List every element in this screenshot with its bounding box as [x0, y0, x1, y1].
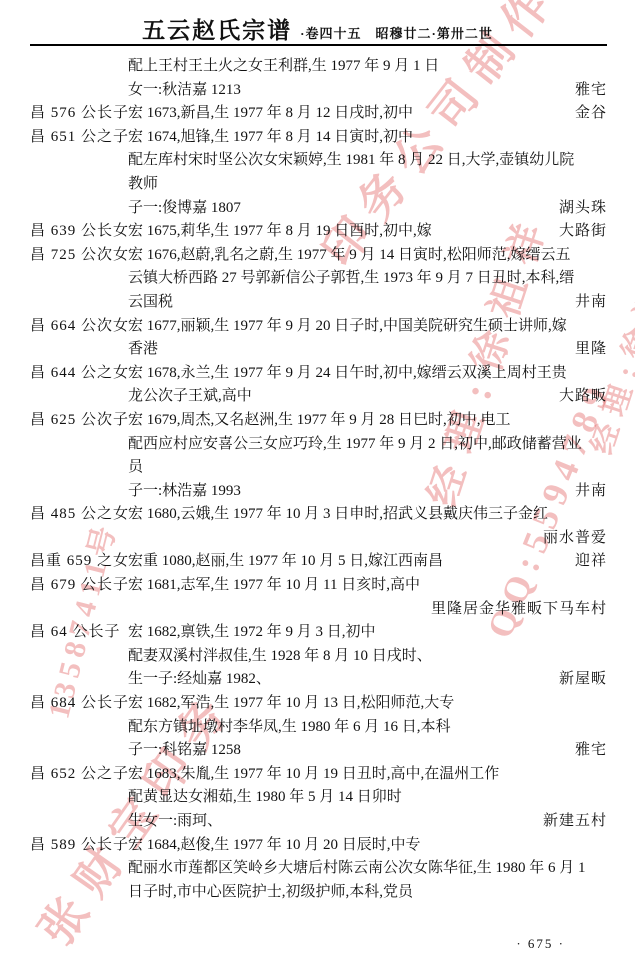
- entry-place: 里隆: [575, 338, 607, 362]
- entry-row: 里隆居金华雅畈下马车村: [30, 598, 607, 622]
- entry-row: 香港里隆: [30, 338, 607, 362]
- entry-row: 昌 664 公次女宏 1677,丽颖,生 1977 年 9 月 20 日子时,中…: [30, 315, 607, 339]
- entry-text: 配西应村应安喜公三女应巧玲,生 1977 年 9 月 2 日,初中,邮政储蓄营业: [128, 433, 582, 457]
- entry-text: 宏 1678,永兰,生 1977 年 9 月 24 日午时,初中,嫁缙云双溪上周…: [128, 362, 567, 386]
- entry-label: 昌重 659 之女: [30, 550, 129, 574]
- entry-text: 配丽水市莲都区笑岭乡大塘后村陈云南公次女陈华征,生 1980 年 6 月 1: [128, 857, 586, 881]
- entry-place: 井南: [575, 480, 607, 504]
- entry-row: 昌 625 公次子宏 1679,周杰,又名赵洲,生 1977 年 9 月 28 …: [30, 409, 607, 433]
- entry-label: 昌 576 公长子: [30, 102, 129, 126]
- entry-place: 雅宅: [575, 739, 607, 763]
- entry-place: 迎祥: [575, 550, 607, 574]
- entry-label: 昌 679 公长子: [30, 574, 129, 598]
- entry-place: 新建五村: [543, 810, 607, 834]
- entry-label: 昌 625 公次子: [30, 409, 129, 433]
- entry-row: 生女一:雨珂、新建五村: [30, 810, 607, 834]
- entry-text: 宏 1682,禀铁,生 1972 年 9 月 3 日,初中: [128, 621, 376, 645]
- entry-text: 宏 1683,朱胤,生 1977 年 10 月 19 日丑时,高中,在温州工作: [128, 763, 499, 787]
- entry-label: 昌 664 公次女: [30, 315, 129, 339]
- entry-label: 昌 64 公长子: [30, 621, 121, 645]
- entry-text: 子一:科铭嘉 1258: [128, 739, 241, 763]
- entry-row: 配西应村应安喜公三女应巧玲,生 1977 年 9 月 2 日,初中,邮政储蓄营业: [30, 433, 607, 457]
- entry-row: 昌 639 公长女宏 1675,莉华,生 1977 年 8 月 19 日酉时,初…: [30, 220, 607, 244]
- entry-text: 宏 1673,新昌,生 1977 年 8 月 12 日戌时,初中: [128, 102, 413, 126]
- entry-label: 昌 644 公之女: [30, 362, 129, 386]
- entry-place: 丽水普爱: [543, 527, 607, 551]
- entry-place: 井南: [575, 291, 607, 315]
- entry-text: 女一:秋洁嘉 1213: [128, 79, 241, 103]
- entry-text: 宏 1679,周杰,又名赵洲,生 1977 年 9 月 28 日巳时,初中,电工: [128, 409, 511, 433]
- entry-row: 配丽水市莲都区笑岭乡大塘后村陈云南公次女陈华征,生 1980 年 6 月 1: [30, 857, 607, 881]
- entry-label: 昌 639 公长女: [30, 220, 129, 244]
- entry-text: 龙公次子王斌,高中: [128, 385, 252, 409]
- entry-row: 昌 64 公长子宏 1682,禀铁,生 1972 年 9 月 3 日,初中: [30, 621, 607, 645]
- entry-text: 教师: [128, 173, 158, 197]
- entry-row: 配左库村宋时坚公次女宋颖婷,生 1981 年 8 月 22 日,大学,壶镇幼儿院: [30, 149, 607, 173]
- entry-place: 大路畈: [559, 385, 607, 409]
- entry-text: 配东方镇址墩村李华凤,生 1980 年 6 月 16 日,本科: [128, 716, 451, 740]
- entry-text: 云国税: [128, 291, 173, 315]
- entry-row: 日子时,市中心医院护士,初级护师,本科,党员: [30, 881, 607, 905]
- entry-row: 昌 644 公之女宏 1678,永兰,生 1977 年 9 月 24 日午时,初…: [30, 362, 607, 386]
- entry-row: 昌 651 公之子宏 1674,旭锋,生 1977 年 8 月 14 日寅时,初…: [30, 126, 607, 150]
- entry-row: 昌 652 公之子宏 1683,朱胤,生 1977 年 10 月 19 日丑时,…: [30, 763, 607, 787]
- entry-text: 宏 1682,军浩,生 1977 年 10 月 13 日,松阳师范,大专: [128, 692, 454, 716]
- entry-row: 昌 485 公之女宏 1680,云娥,生 1977 年 10 月 3 日申时,招…: [30, 503, 607, 527]
- entry-text: 宏 1676,赵蔚,乳名之蔚,生 1977 年 9 月 14 日寅时,松阳师范,…: [128, 244, 571, 268]
- entry-row: 昌 725 公次女宏 1676,赵蔚,乳名之蔚,生 1977 年 9 月 14 …: [30, 244, 607, 268]
- entry-row: 昌 589 公长子宏 1684,赵俊,生 1977 年 10 月 20 日辰时,…: [30, 834, 607, 858]
- entry-text: 生女一:雨珂、: [128, 810, 222, 834]
- entry-place: 新屋畈: [559, 668, 607, 692]
- entry-label: 昌 651 公之子: [30, 126, 129, 150]
- entry-text: 日子时,市中心医院护士,初级护师,本科,党员: [128, 881, 413, 905]
- entry-label: 昌 485 公之女: [30, 503, 129, 527]
- entry-row: 子一:科铭嘉 1258雅宅: [30, 739, 607, 763]
- entry-text: 宏 1680,云娥,生 1977 年 10 月 3 日申时,招武义县戴庆伟三子金…: [128, 503, 548, 527]
- entry-text: 宏 1681,志军,生 1977 年 10 月 11 日亥时,高中: [128, 574, 420, 598]
- genealogy-page: 印务公司制作 经理:徐祖祥 QQ:5594789 张财宝印务 13587411号…: [0, 0, 635, 968]
- entry-text: 云镇大桥西路 27 号郭新信公子郭哲,生 1973 年 9 月 7 日丑时,本科…: [128, 267, 574, 291]
- entry-row: 丽水普爱: [30, 527, 607, 551]
- entry-row: 云镇大桥西路 27 号郭新信公子郭哲,生 1973 年 9 月 7 日丑时,本科…: [30, 267, 607, 291]
- entry-row: 配东方镇址墩村李华凤,生 1980 年 6 月 16 日,本科: [30, 716, 607, 740]
- entry-text: 配妻双溪村泮叔佳,生 1928 年 8 月 10 日戌时、: [128, 645, 432, 669]
- entry-row: 员: [30, 456, 607, 480]
- entry-row: 昌 679 公长子宏 1681,志军,生 1977 年 10 月 11 日亥时,…: [30, 574, 607, 598]
- entry-label: 昌 684 公长子: [30, 692, 129, 716]
- entry-text: 宏 1677,丽颖,生 1977 年 9 月 20 日子时,中国美院研究生硕士讲…: [128, 315, 567, 339]
- entry-label: 昌 589 公长子: [30, 834, 129, 858]
- entry-place: 金谷: [575, 102, 607, 126]
- entry-row: 昌 576 公长子宏 1673,新昌,生 1977 年 8 月 12 日戌时,初…: [30, 102, 607, 126]
- entry-row: 子一:俊博嘉 1807湖头珠: [30, 197, 607, 221]
- entry-row: 配黄显达女湘茹,生 1980 年 5 月 14 日卯时: [30, 786, 607, 810]
- entry-text: 香港: [128, 338, 158, 362]
- entry-place: 大路街: [559, 220, 607, 244]
- entry-row: 女一:秋洁嘉 1213雅宅: [30, 79, 607, 103]
- entry-label: 昌 725 公次女: [30, 244, 129, 268]
- header-rule: [30, 44, 607, 46]
- entry-text: 配左库村宋时坚公次女宋颖婷,生 1981 年 8 月 22 日,大学,壶镇幼儿院: [128, 149, 574, 173]
- genealogy-entries: 配上王村王土火之女王利群,生 1977 年 9 月 1 日 女一:秋洁嘉 121…: [30, 55, 607, 904]
- entry-label: 昌 652 公之子: [30, 763, 129, 787]
- entry-row: 昌 684 公长子宏 1682,军浩,生 1977 年 10 月 13 日,松阳…: [30, 692, 607, 716]
- entry-text: 宏 1674,旭锋,生 1977 年 8 月 14 日寅时,初中: [128, 126, 413, 150]
- entry-text: 配上王村王土火之女王利群,生 1977 年 9 月 1 日: [128, 55, 439, 79]
- entry-text: 宏 1684,赵俊,生 1977 年 10 月 20 日辰时,中专: [128, 834, 421, 858]
- entry-row: 生一子:经灿嘉 1982、新屋畈: [30, 668, 607, 692]
- book-title: 五云赵氏宗谱: [142, 18, 292, 43]
- entry-text: 员: [128, 456, 143, 480]
- page-number: · 675 ·: [516, 936, 565, 952]
- entry-row: 龙公次子王斌,高中大路畈: [30, 385, 607, 409]
- entry-place: 雅宅: [575, 79, 607, 103]
- entry-text: 子一:俊博嘉 1807: [128, 197, 241, 221]
- entry-text: 配黄显达女湘茹,生 1980 年 5 月 14 日卯时: [128, 786, 402, 810]
- entry-text: 子一:林浩嘉 1993: [128, 480, 241, 504]
- entry-text: 宏 1675,莉华,生 1977 年 8 月 19 日酉时,初中,嫁: [128, 220, 432, 244]
- volume-subtitle: ·卷四十五 昭穆廿二·第卅二世: [300, 26, 493, 41]
- entry-place: 里隆居金华雅畈下马车村: [431, 598, 607, 622]
- entry-row: 子一:林浩嘉 1993井南: [30, 480, 607, 504]
- entry-row: 配上王村王土火之女王利群,生 1977 年 9 月 1 日: [30, 55, 607, 79]
- entry-row: 教师: [30, 173, 607, 197]
- entry-row: 昌重 659 之女宏重 1080,赵丽,生 1977 年 10 月 5 日,嫁江…: [30, 550, 607, 574]
- page-header: 五云赵氏宗谱·卷四十五 昭穆廿二·第卅二世: [0, 12, 635, 45]
- entry-text: 宏重 1080,赵丽,生 1977 年 10 月 5 日,嫁江西南昌: [128, 550, 443, 574]
- entry-place: 湖头珠: [559, 197, 607, 221]
- entry-text: 生一子:经灿嘉 1982、: [128, 668, 271, 692]
- entry-row: 云国税井南: [30, 291, 607, 315]
- entry-row: 配妻双溪村泮叔佳,生 1928 年 8 月 10 日戌时、: [30, 645, 607, 669]
